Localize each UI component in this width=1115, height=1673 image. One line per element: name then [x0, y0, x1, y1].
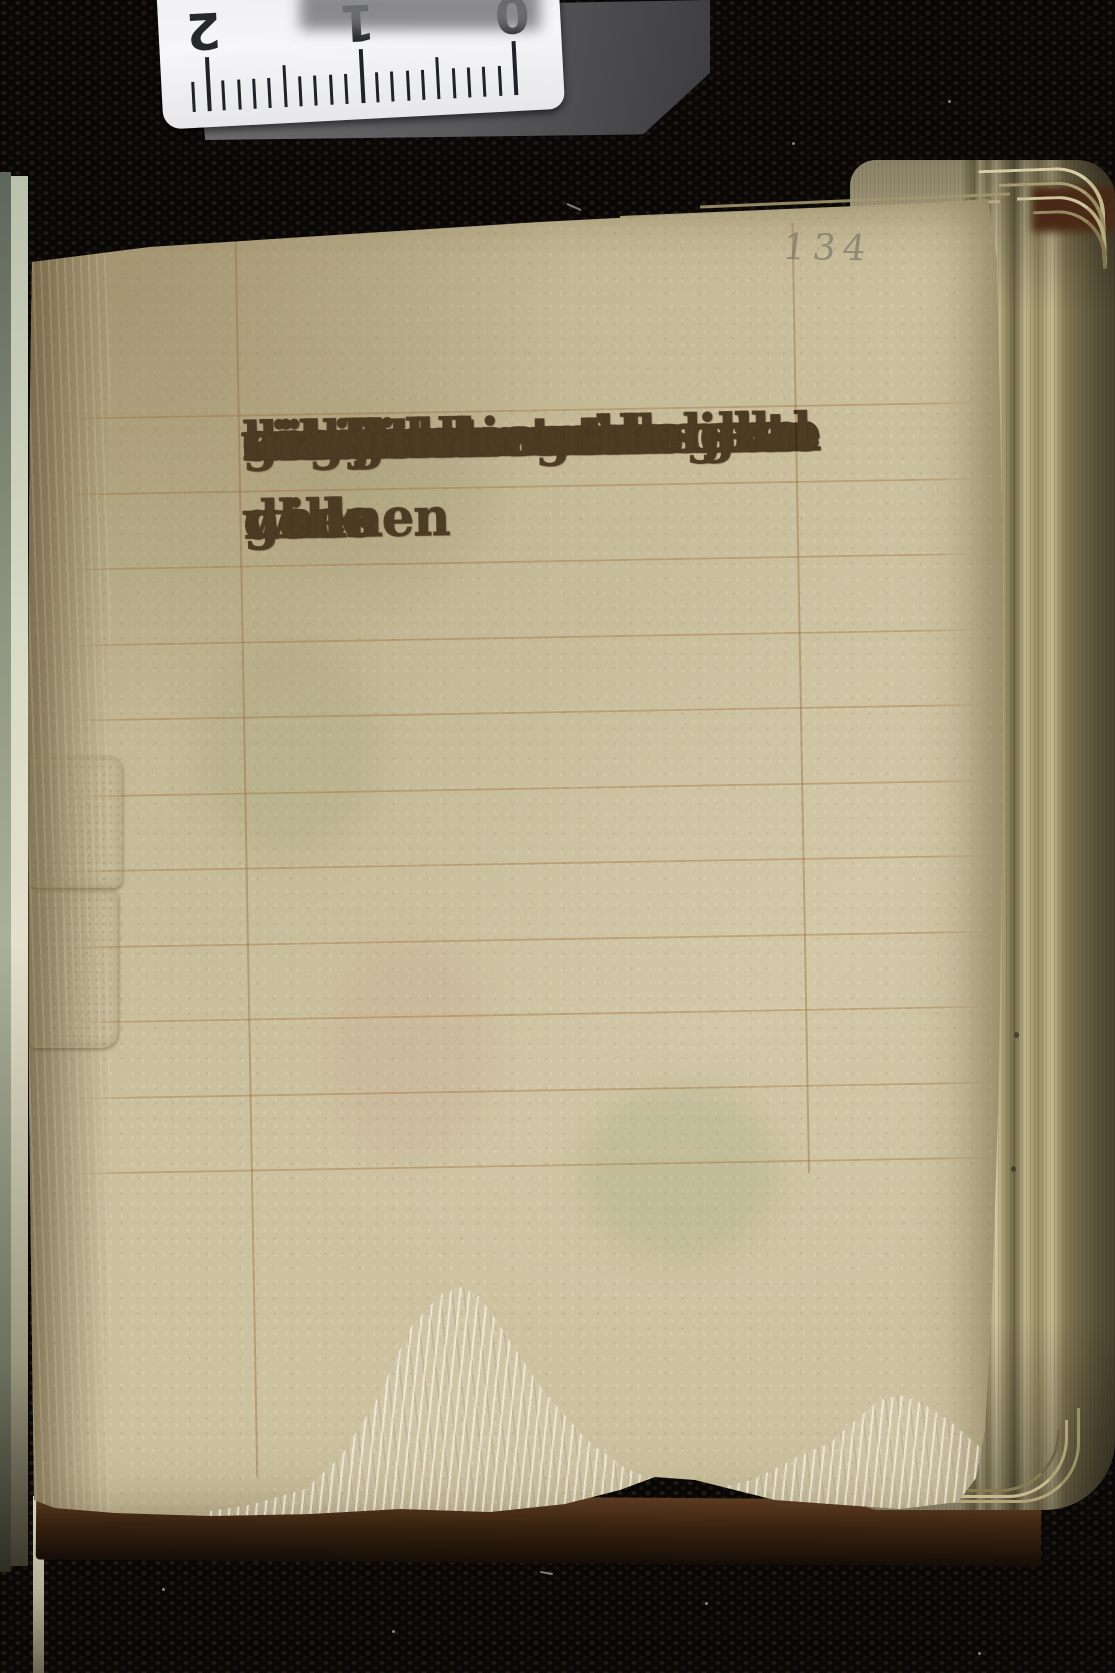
ruler-tick [344, 74, 349, 104]
dust-speck [162, 1588, 165, 1591]
folio-number: 134 [780, 227, 915, 270]
ruler-tick [512, 41, 519, 95]
plate-blur [300, 0, 540, 30]
ruling-line-horizontal [73, 1006, 988, 1024]
ruler-tick [252, 79, 257, 109]
ruling-line-vertical [791, 223, 810, 1173]
ruler-tick [298, 76, 303, 106]
ruling-line-horizontal [64, 478, 979, 496]
dust-speck [948, 100, 951, 103]
manuscript-line: maect vleesch en zal [242, 394, 812, 482]
glass-edge-strip [0, 172, 11, 1572]
ruler-tick [205, 57, 212, 111]
ruler-tick [436, 57, 441, 99]
ruler-tick [268, 78, 273, 108]
ruler-tick [467, 67, 472, 97]
ruling-line-horizontal [75, 1082, 990, 1100]
ruler-tick [405, 71, 410, 101]
ruling-line-horizontal [76, 1157, 991, 1175]
ruling-line-horizontal [65, 553, 980, 571]
ruler-tick [329, 75, 334, 105]
page-content: genthede te sine gods kinderen den ghene… [19, 187, 1020, 1534]
ink-speck [1011, 1166, 1016, 1172]
ruling-line-horizontal [72, 931, 987, 949]
ruler-tick [482, 67, 487, 97]
manuscript-page: genthede te sine gods kinderen den ghene… [28, 196, 1006, 1526]
ruler-tick [451, 68, 456, 98]
ruling-line-horizontal [69, 780, 984, 798]
glass-edge-strip [11, 176, 28, 1566]
ruling-line-horizontal [68, 704, 983, 722]
ruler-tick [358, 49, 365, 103]
ruler-tick [237, 79, 242, 109]
ruler-tick [191, 82, 196, 112]
dust-speck [392, 1630, 395, 1633]
ruler-tick [497, 66, 502, 96]
ink-speck [1014, 1032, 1019, 1038]
dust-speck [792, 142, 795, 145]
ruling-line-horizontal [71, 855, 986, 873]
ruler-tick [282, 65, 287, 107]
dust-speck [978, 1652, 981, 1655]
ruler-tick [421, 70, 426, 100]
ruler-tick [390, 71, 395, 101]
text-block: genthede te sine gods kinderen den ghene… [242, 395, 820, 405]
photo-frame: 2 1 0 [0, 0, 1115, 1673]
ruler-tick [375, 72, 380, 102]
ruler-tick [313, 75, 318, 105]
dust-speck [705, 1602, 708, 1605]
ruler-tick [222, 80, 227, 110]
ruling-line-horizontal [67, 629, 982, 647]
